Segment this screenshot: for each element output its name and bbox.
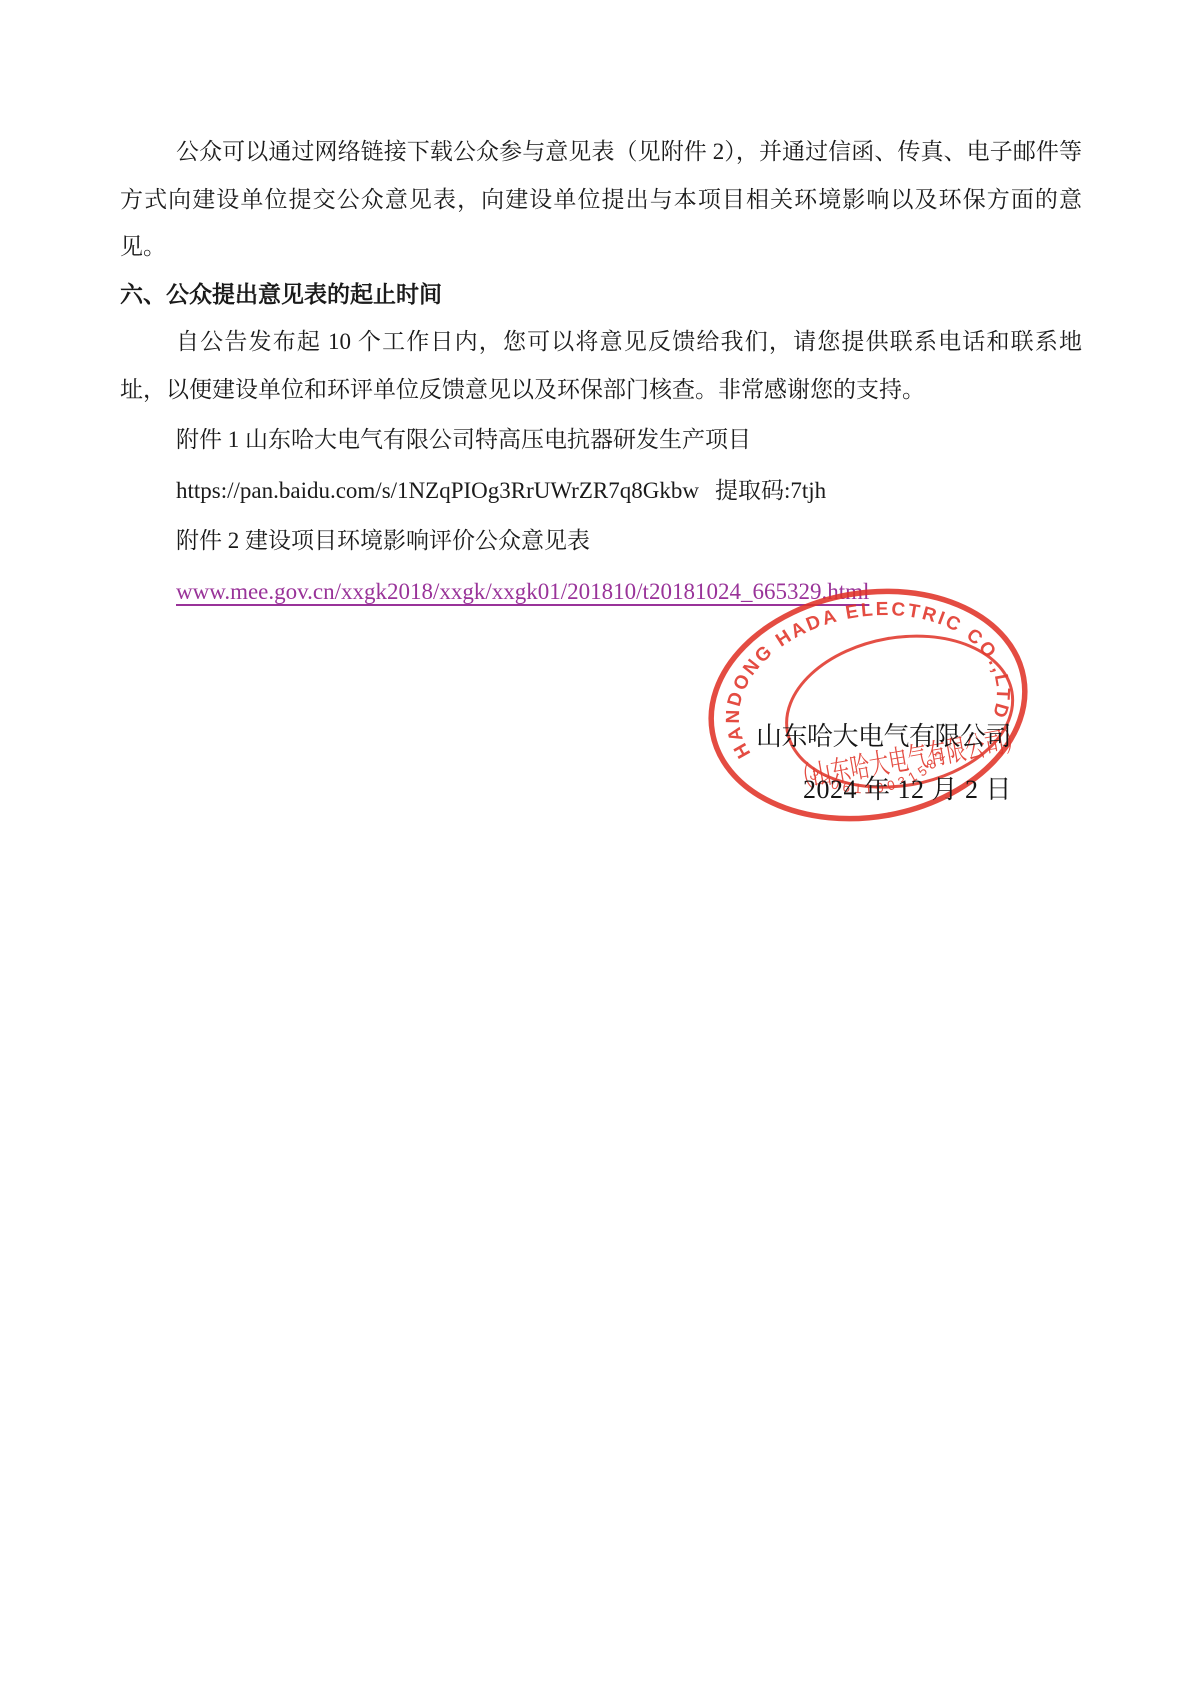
- signature-company-name: 山东哈大电气有限公司: [756, 716, 1011, 753]
- section-heading-six: 六、公众提出意见表的起止时间: [120, 271, 1082, 319]
- mee-link-line: www.mee.gov.cn/xxgk2018/xxgk/xxgk01/2018…: [120, 568, 1082, 616]
- baidu-pan-url: https://pan.baidu.com/s/1NZqPIOg3RrUWrZR…: [176, 478, 699, 503]
- attachment-2-title: 附件 2 建设项目环境影响评价公众意见表: [120, 517, 1082, 565]
- attachment-1-download-line: https://pan.baidu.com/s/1NZqPIOg3RrUWrZR…: [120, 467, 1082, 515]
- document-body: 公众可以通过网络链接下载公众参与意见表（见附件 2），并通过信函、传真、电子邮件…: [120, 128, 1082, 615]
- attachment-1-title: 附件 1 山东哈大电气有限公司特高压电抗器研发生产项目: [120, 416, 1082, 464]
- document-page: 公众可以通过网络链接下载公众参与意见表（见附件 2），并通过信函、传真、电子邮件…: [0, 0, 1199, 1696]
- mee-gov-hyperlink[interactable]: www.mee.gov.cn/xxgk2018/xxgk/xxgk01/2018…: [176, 579, 869, 604]
- paragraph-deadline: 自公告发布起 10 个工作日内，您可以将意见反馈给我们，请您提供联系电话和联系地…: [120, 318, 1082, 413]
- signature-date: 2024 年 12 月 2 日: [803, 769, 1012, 806]
- extraction-code: 提取码:7tjh: [715, 478, 826, 503]
- paragraph-public-feedback: 公众可以通过网络链接下载公众参与意见表（见附件 2），并通过信函、传真、电子邮件…: [120, 128, 1082, 271]
